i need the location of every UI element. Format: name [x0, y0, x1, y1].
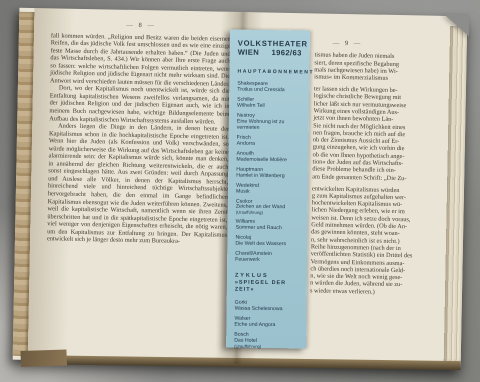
season-label: 1962/63	[271, 48, 301, 57]
book-cover-corner	[20, 350, 67, 368]
program-entry: Frisch Andorra	[237, 135, 301, 147]
program-entry: Nicolaj Die Welt des Wassers	[235, 236, 299, 248]
paragraph: fall kommen würden. „Religion und Besitz…	[50, 32, 231, 88]
program-entry: Gorki Wassa Schelesnowa	[235, 301, 299, 313]
program-title: Feuerwerk	[235, 258, 299, 265]
main-program-list: Shakespeare Troilus und Cressida Schille…	[235, 82, 301, 265]
program-entry: Anouilh Mademoiselle Molière	[236, 151, 300, 163]
page-curl-corner	[443, 14, 469, 36]
left-page-paragraphs: fall kommen würden. „Religion und Besitz…	[47, 32, 231, 247]
program-title: Mademoiselle Molière	[236, 157, 300, 164]
program-entry: Shakespeare Troilus und Cressida	[237, 82, 301, 94]
program-title: Sommer und Rauch	[236, 226, 300, 233]
program-entry: Charell/Amstein Feuerwerk	[235, 252, 299, 264]
program-note: (Uraufführung)	[236, 211, 300, 217]
program-entry: Williams Sommer und Rauch	[236, 220, 300, 232]
program-title: Troilus und Cressida	[237, 87, 301, 94]
cycle-program-list: Gorki Wassa Schelesnowa Walser Eiche und…	[234, 301, 299, 350]
program-title: Eine Wohnung ist zu vermieten	[237, 119, 301, 131]
paragraph: Dort, wo der Kapitalismus noch unentwick…	[49, 85, 230, 126]
program-title: Musik	[236, 189, 300, 196]
city-label: WIEN	[238, 48, 260, 57]
program-entry: Bosch Das Hotel (Uraufführung)	[234, 333, 298, 350]
program-entry: Wedekind Musik	[236, 183, 300, 195]
program-title: Wassa Schelesnowa	[235, 306, 299, 313]
program-note: (Uraufführung)	[234, 344, 298, 350]
main-subscription-heading: HAUPTABONNEMENT	[237, 69, 301, 76]
program-title: Eiche und Angora	[234, 322, 298, 329]
program-title: Hamlet in Wittenberg	[236, 173, 300, 180]
city-season-row: WIEN 1962/63	[238, 48, 302, 58]
program-entry: Hauptmann Hamlet in Wittenberg	[236, 167, 300, 179]
text-line: s wieder etwas verlieren.)	[310, 287, 452, 297]
right-page-number: — 9 —	[315, 39, 457, 49]
program-entry: Nestroy Eine Wohnung ist zu vermieten	[237, 114, 301, 132]
program-title: Andorra	[237, 141, 301, 148]
left-page-number: — 8 —	[51, 20, 231, 31]
program-entry: Csokor Zeichen an der Wand (Uraufführung…	[236, 199, 300, 216]
left-page: — 8 — fall kommen würden. „Religion und …	[47, 20, 231, 246]
paragraph: Anders liegen die Dinge in den Ländern, …	[47, 122, 229, 246]
right-page: — 9 — tismus haben die Juden niemals sie…	[310, 39, 457, 297]
right-page-lines: tismus haben die Juden niemals siert, de…	[310, 52, 457, 297]
program-entry: Schiller Wilhelm Tell	[237, 98, 301, 110]
program-title: Die Welt des Wassers	[235, 242, 299, 249]
program-entry: Walser Eiche und Angora	[234, 317, 298, 329]
program-title: Wilhelm Tell	[237, 103, 301, 110]
cycle-name: »SPIEGEL DER ZEIT«	[235, 280, 299, 295]
season-program-card: VOLKSTHEATER WIEN 1962/63 HAUPTABONNEMEN…	[226, 30, 310, 349]
book-photo: — 8 — fall kommen würden. „Religion und …	[0, 0, 480, 382]
